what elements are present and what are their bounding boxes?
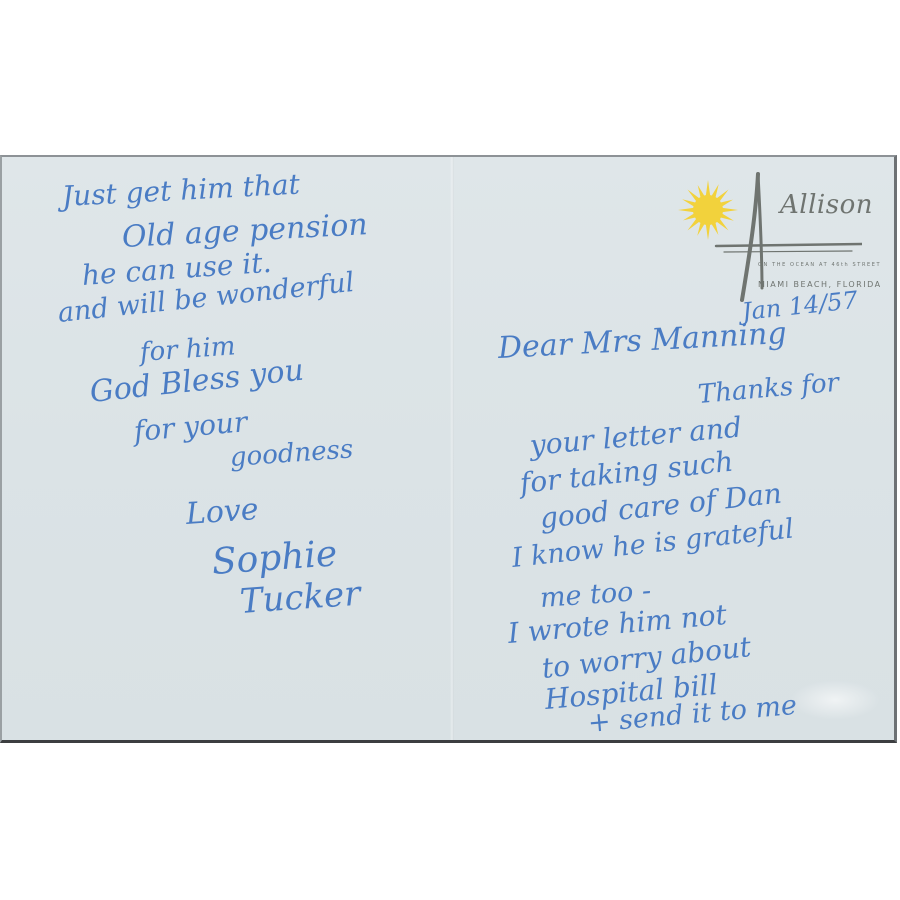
signature-first: Sophie [211,536,339,581]
letterhead: Allison ON THE OCEAN AT 46th STREET MIAM… [672,172,892,312]
hotel-city: MIAMI BEACH, FLORIDA [758,280,882,289]
hotel-name: Allison [780,190,873,220]
closing: Love [185,495,260,530]
signature-last: Tucker [239,577,362,619]
center-fold [450,157,454,740]
hotel-tagline: ON THE OCEAN AT 46th STREET [758,262,881,268]
paper-smudge [790,680,880,720]
